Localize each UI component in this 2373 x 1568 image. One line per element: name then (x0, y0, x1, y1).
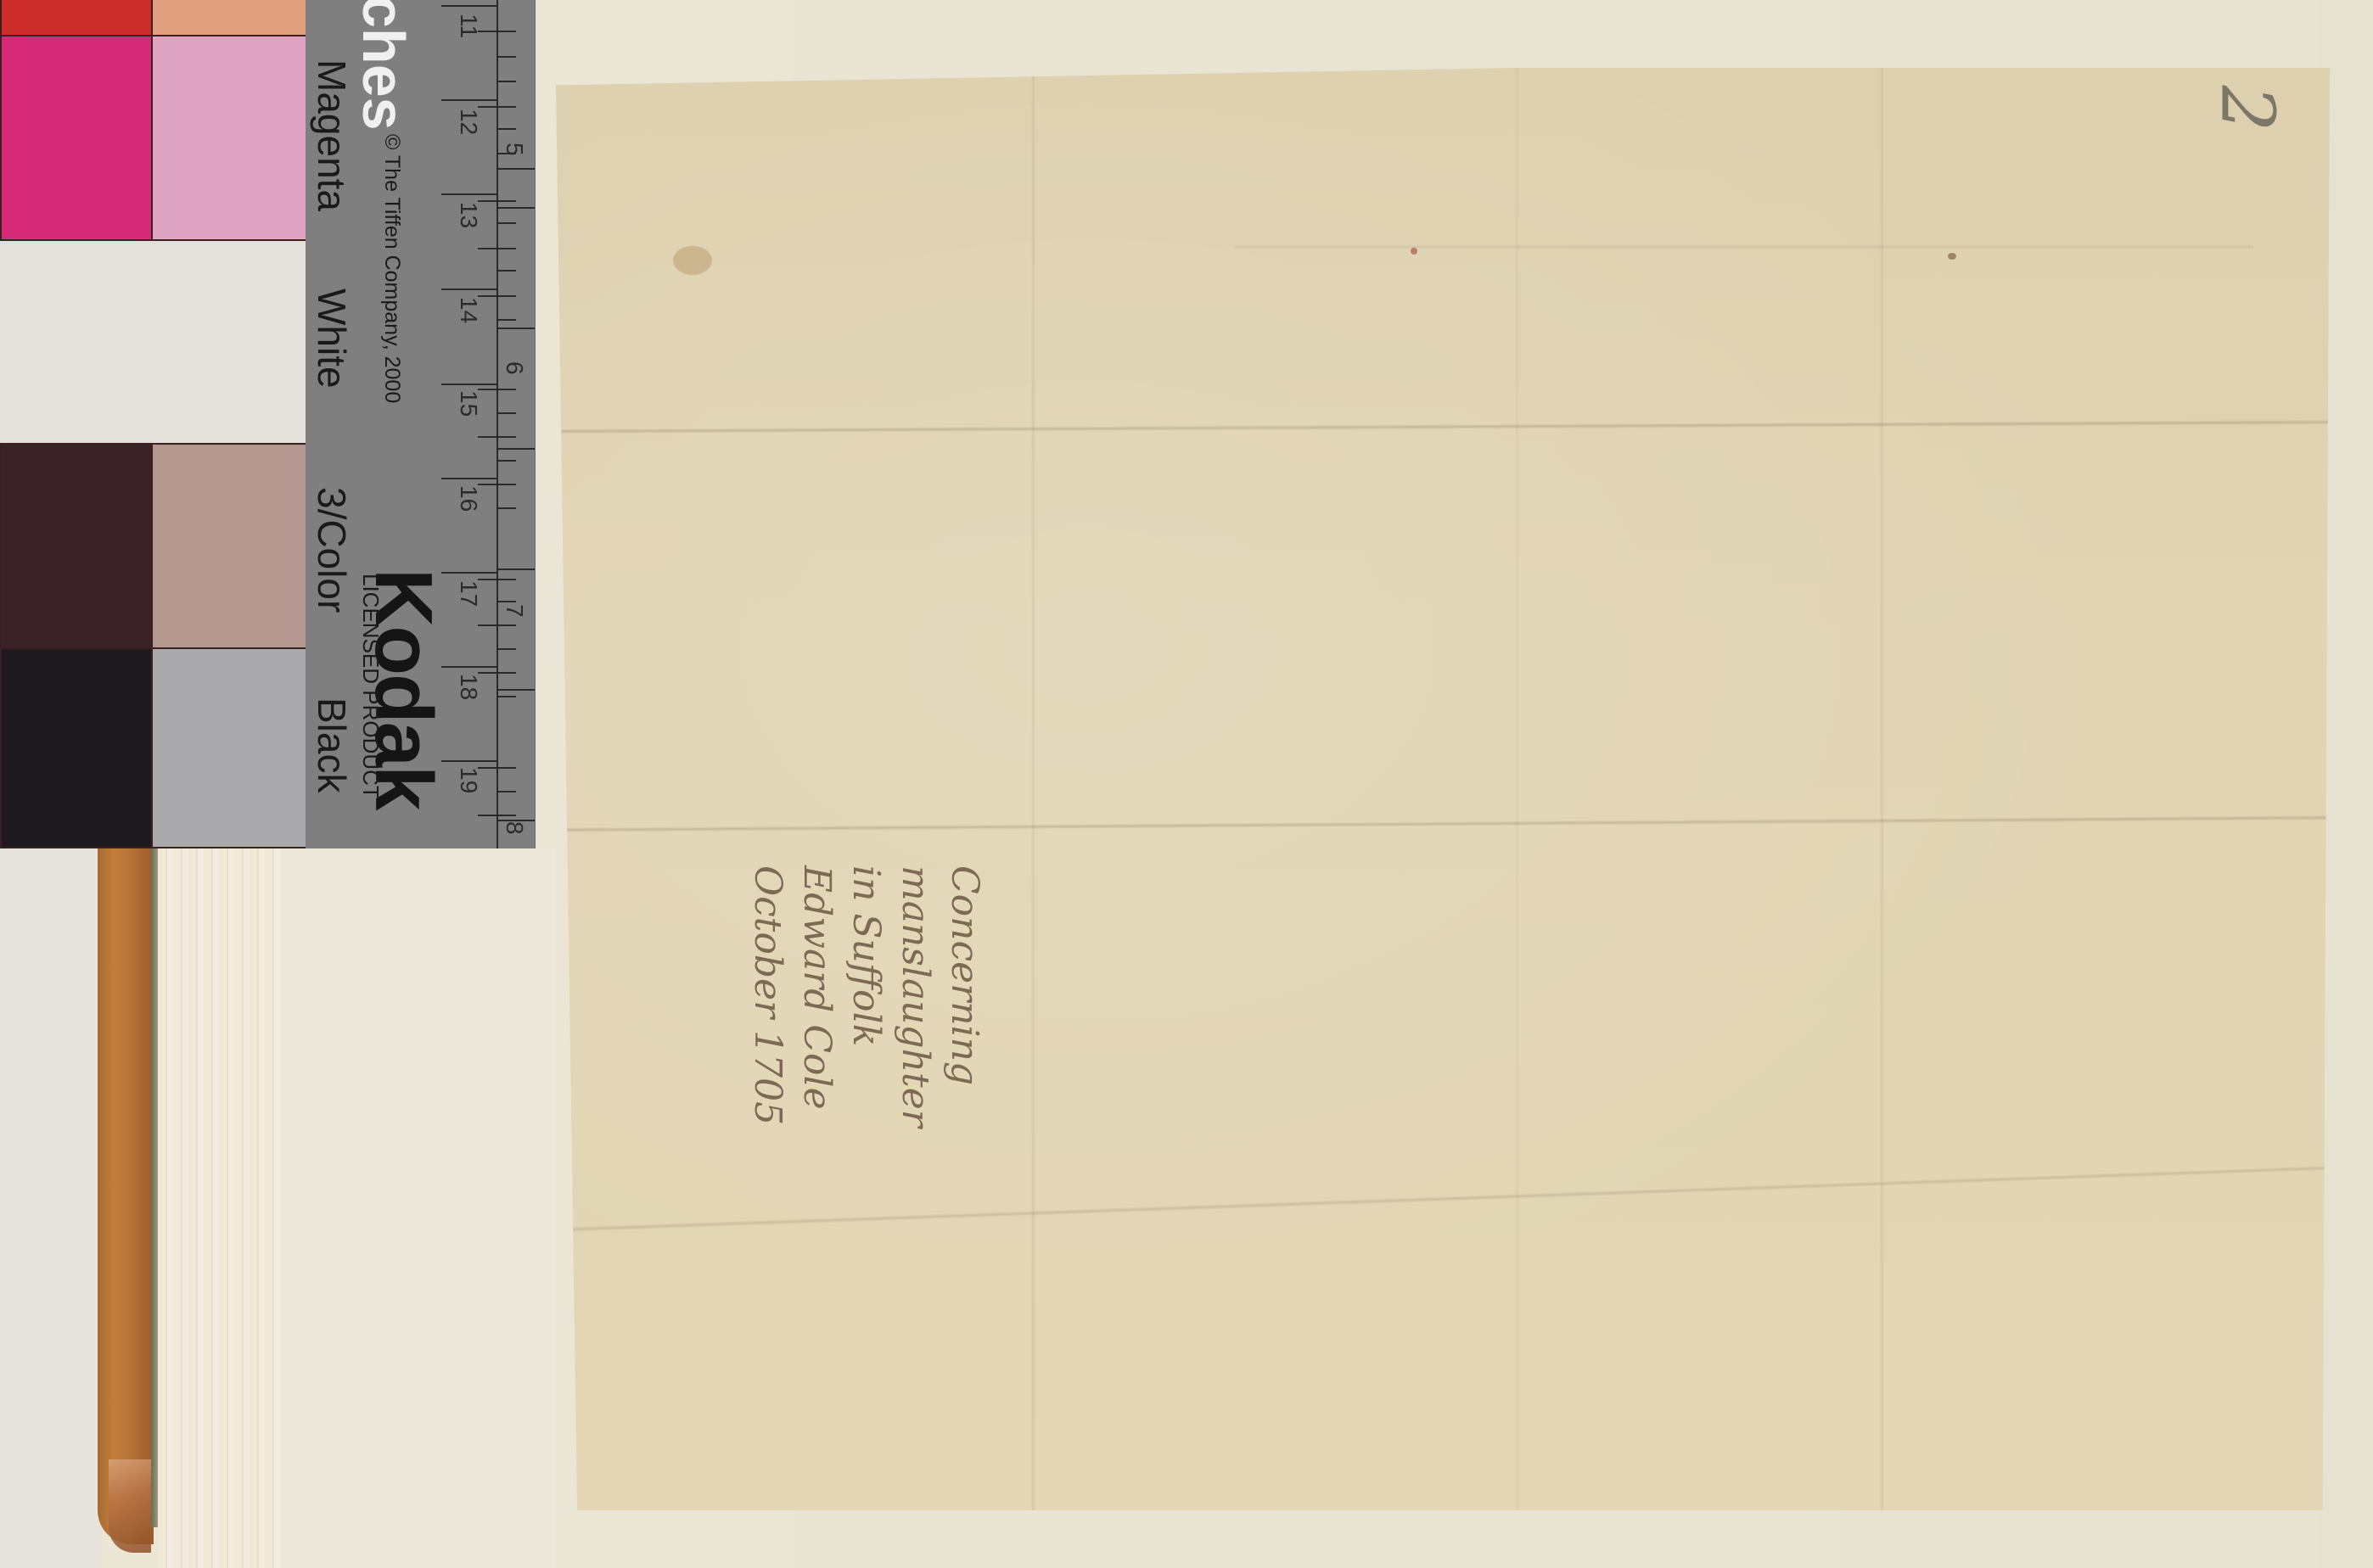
swatch-gray (151, 647, 307, 848)
page-edges (158, 848, 281, 1568)
book-page (281, 848, 556, 1568)
endorsement-text: Concerning manslaughter in Suffolk Edwar… (743, 865, 989, 1128)
swatch-black (0, 647, 153, 848)
cm-mark-11: 11 (455, 14, 482, 38)
label-3color: 3/Color (309, 487, 355, 613)
endorsement-line: Edward Cole (792, 865, 841, 1128)
swatch-magenta (0, 35, 153, 241)
spine-worn-corner (109, 1459, 151, 1553)
fold-line (557, 1166, 2330, 1233)
cm-mark-18: 18 (455, 674, 482, 700)
swatch-white (0, 241, 307, 443)
inch-mark-8: 8 (501, 821, 528, 835)
cm-mark-14: 14 (455, 297, 482, 323)
licensed-product-text: LICENSED PRODUCT (357, 574, 384, 799)
swatch-pink (151, 35, 307, 241)
copyright-text: © The Tiffen Company, 2000 (379, 134, 404, 403)
fold-line (1031, 68, 1035, 1510)
table-surface (0, 848, 102, 1568)
cm-mark-13: 13 (455, 202, 482, 228)
ink-speck (1411, 248, 1417, 255)
book-headband (151, 848, 158, 1527)
endorsement-line: Concerning (940, 865, 989, 1128)
stain-spot (673, 246, 712, 275)
inch-mark-6: 6 (501, 361, 528, 375)
ruler-baseline (496, 0, 498, 848)
label-white: White (309, 288, 355, 389)
fold-line (556, 815, 2330, 833)
cm-mark-15: 15 (455, 390, 482, 417)
manuscript-leaf (556, 68, 2330, 1510)
cm-mark-17: 17 (455, 580, 482, 607)
inch-mark-7: 7 (501, 604, 528, 618)
crease-line (1235, 244, 2253, 249)
fold-line (556, 420, 2330, 434)
leather-spine (98, 848, 154, 1544)
endorsement-line: in Suffolk (841, 865, 890, 1128)
inch-mark-5: 5 (501, 143, 528, 156)
endorsement-line: October 1705 (743, 865, 792, 1128)
label-magenta: Magenta (309, 59, 355, 211)
cm-mark-12: 12 (455, 109, 482, 135)
swatch-3color (0, 443, 153, 649)
ink-speck (1948, 253, 1956, 260)
cm-mark-19: 19 (455, 767, 482, 793)
fold-line (1880, 68, 1884, 1510)
crease-line (1515, 68, 1519, 1510)
swatch-salmon (151, 0, 307, 36)
swatch-red (0, 0, 153, 36)
label-black: Black (309, 697, 355, 792)
endorsement-line: manslaughter (890, 865, 940, 1128)
folio-number: 2 (2204, 86, 2289, 132)
cm-mark-16: 16 (455, 485, 482, 512)
ruler-title: ches (350, 0, 418, 131)
swatch-taupe (151, 443, 307, 649)
